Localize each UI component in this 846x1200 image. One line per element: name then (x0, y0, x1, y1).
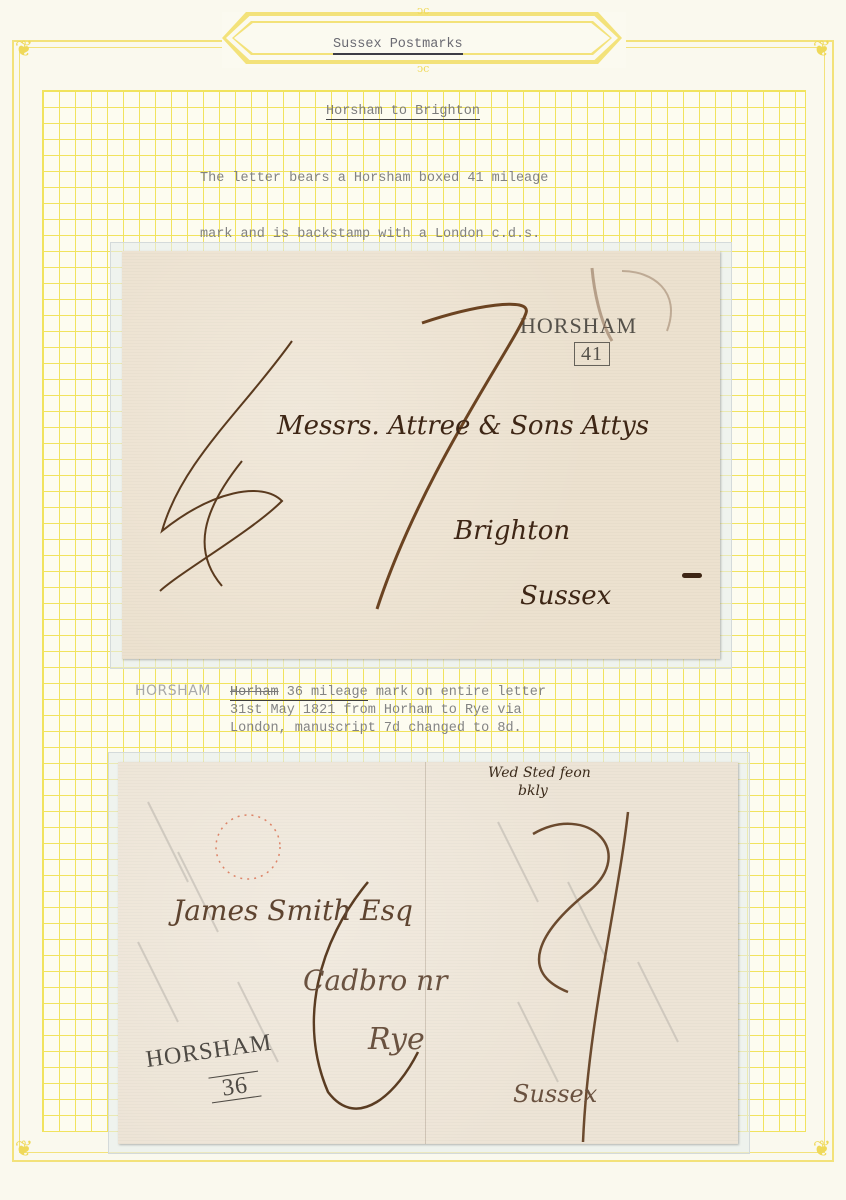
fleur-corner-icon: ❦ (808, 36, 836, 64)
docket-note: Wed Sted feon bkly (488, 764, 591, 800)
section-title-horsham-to-brighton: Horsham to Brighton (326, 104, 480, 120)
ink-mark (682, 573, 702, 578)
address-line-3: Sussex (520, 581, 611, 611)
fleur-corner-icon: ❦ (10, 36, 38, 64)
address-line-2: Brighton (454, 516, 570, 546)
section2-description: Horham 36 mileage mark on entire letter … (230, 684, 546, 738)
address-line-1: James Smith Esq (173, 894, 413, 927)
scroll-ornament-icon: ↄc (417, 62, 429, 75)
scroll-ornament-icon: ↄc (417, 4, 429, 17)
fleur-corner-icon: ❦ (10, 1136, 38, 1164)
address-line-4: Sussex (513, 1080, 597, 1108)
manuscript-rate-7 (122, 251, 720, 659)
address-line-2: Cadbro nr (303, 964, 448, 997)
page-title: Sussex Postmarks (333, 37, 463, 55)
fleur-corner-icon: ❦ (808, 1136, 836, 1164)
cover-horsham-to-rye: Wed Sted feon bkly James Smith Esq Cadbr… (118, 762, 738, 1144)
address-line-1: Messrs. Attree & Sons Attys (277, 411, 649, 441)
cover-horsham-to-brighton: HORSHAM 41 Messrs. Attree & Sons Attys B… (122, 251, 720, 659)
pencil-note-horsham: HORSHAM (135, 683, 211, 699)
address-line-3: Rye (368, 1022, 425, 1057)
